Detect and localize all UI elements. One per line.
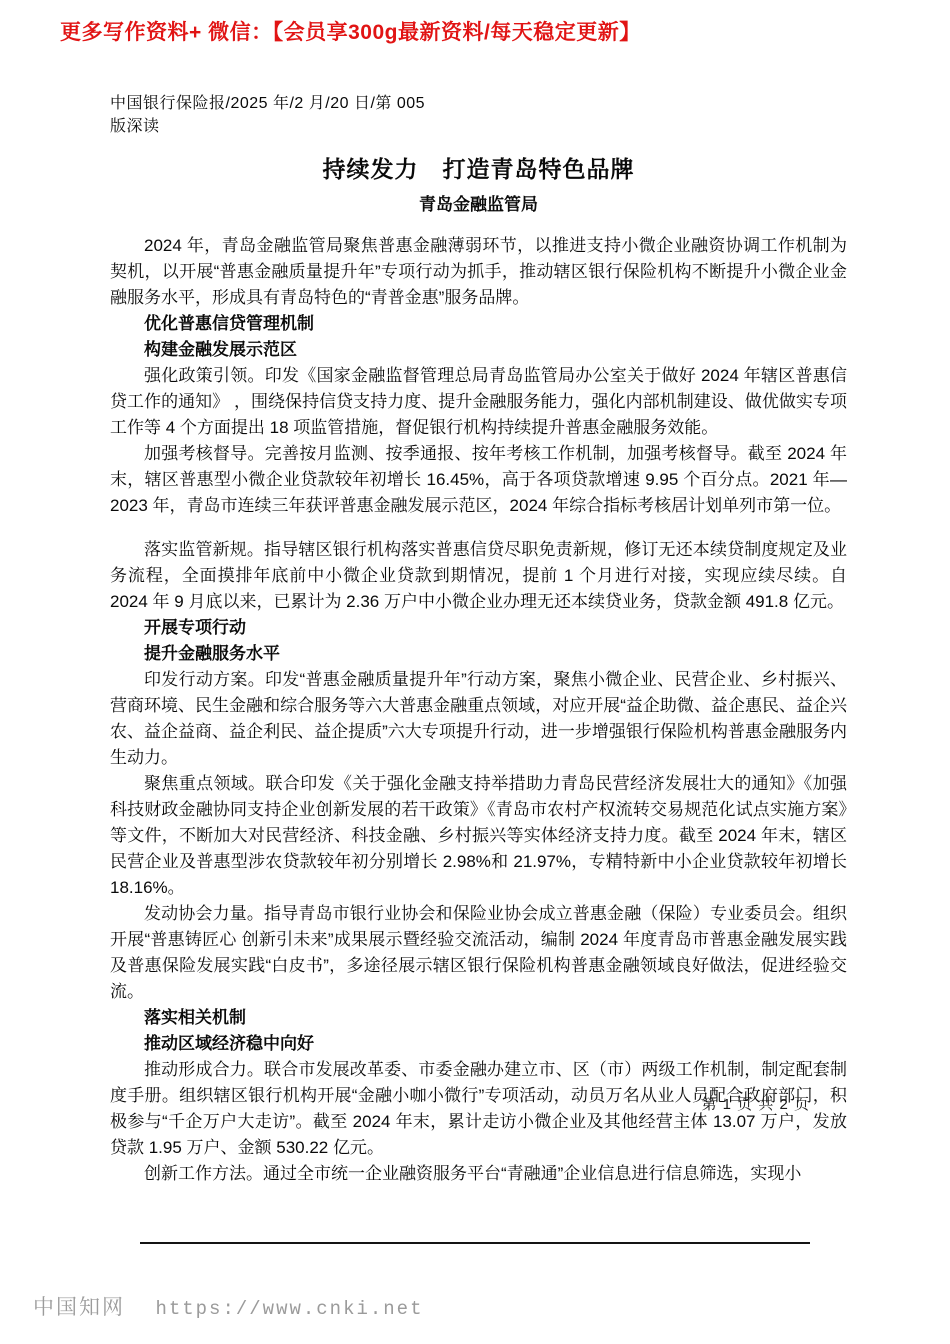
paragraph-spacer <box>110 519 847 537</box>
paragraph: 强化政策引领。印发《国家金融监督管理总局青岛监管局办公室关于做好 2024 年辖… <box>110 363 847 441</box>
paragraph: 聚焦重点领域。联合印发《关于强化金融支持举措助力青岛民营经济发展壮大的通知》《加… <box>110 771 847 901</box>
section-subhead: 落实相关机制 <box>110 1005 847 1031</box>
paragraph: 加强考核督导。完善按月监测、按季通报、按年考核工作机制，加强考核督导。截至 20… <box>110 441 847 519</box>
article-author: 青岛金融监管局 <box>110 190 847 215</box>
article-title: 持续发力 打造青岛特色品牌 <box>110 151 847 184</box>
section-subhead: 优化普惠信贷管理机制 <box>110 311 847 337</box>
article-body: 2024 年，青岛金融监管局聚焦普惠金融薄弱环节，以推进支持小微企业融资协调工作… <box>110 233 847 1187</box>
section-subhead: 推动区域经济稳中向好 <box>110 1031 847 1057</box>
section-subhead: 开展专项行动 <box>110 615 847 641</box>
paragraph: 发动协会力量。指导青岛市银行业协会和保险业协会成立普惠金融（保险）专业委员会。组… <box>110 901 847 1005</box>
promo-banner-text: 更多写作资料+ 微信：【会员享300g最新资料/每天稳定更新】 <box>60 16 641 46</box>
paragraph: 2024 年，青岛金融监管局聚焦普惠金融薄弱环节，以推进支持小微企业融资协调工作… <box>110 233 847 311</box>
document-page: 中国银行保险报/2025 年/2 月/20 日/第 005 版深读 持续发力 打… <box>110 92 847 1187</box>
bottom-divider <box>140 1242 810 1244</box>
paragraph: 创新工作方法。通过全市统一企业融资服务平台“青融通”企业信息进行信息筛选，实现小 <box>110 1161 847 1187</box>
section-subhead: 提升金融服务水平 <box>110 641 847 667</box>
source-citation-line1: 中国银行保险报/2025 年/2 月/20 日/第 005 <box>110 92 847 115</box>
page-number: 第 1 页 共 2 页 <box>701 1093 810 1114</box>
cnki-url: https://www.cnki.net <box>155 1298 423 1320</box>
cnki-watermark: 中国知网 https://www.cnki.net <box>33 1291 424 1321</box>
section-subhead: 构建金融发展示范区 <box>110 337 847 363</box>
paragraph: 印发行动方案。印发“普惠金融质量提升年”行动方案，聚焦小微企业、民营企业、乡村振… <box>110 667 847 771</box>
paragraph: 落实监管新规。指导辖区银行机构落实普惠信贷尽职免责新规，修订无还本续贷制度规定及… <box>110 537 847 615</box>
cnki-logo-text: 中国知网 <box>33 1295 125 1319</box>
source-citation-line2: 版深读 <box>110 115 847 138</box>
